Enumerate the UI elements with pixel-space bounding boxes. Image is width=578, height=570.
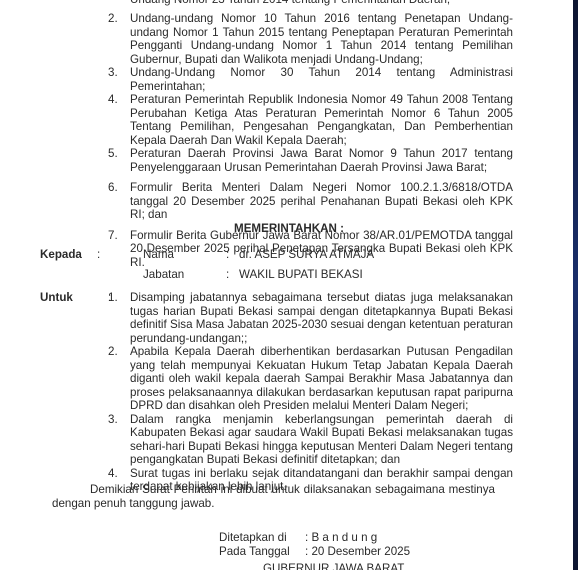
list-item: 4.Peraturan Pemerintah Republik Indonesi… (108, 93, 513, 147)
kepada-label: Kepada (40, 248, 82, 261)
place-value: : B a n d u n g (305, 531, 377, 544)
item-text: Peraturan Pemerintah Republik Indonesia … (130, 93, 513, 147)
order-heading: MEMERINTAHKAN : (0, 222, 578, 235)
untuk-list: 1.Disamping jabatannya sebagaimana terse… (108, 291, 513, 494)
item-text: Apabila Kepala Daerah diberhentikan berd… (130, 345, 513, 412)
item-number: 3. (108, 66, 118, 80)
item-text: Formulir Berita Menteri Dalam Negeri Nom… (130, 181, 513, 221)
closing-paragraph: Demikian Surat Perintah ini dibuat untuk… (52, 483, 495, 511)
list-item: 3.Undang-Undang Nomor 30 Tahun 2014 tent… (108, 66, 513, 93)
item-number: 4. (108, 93, 118, 107)
date-value: : 20 Desember 2025 (305, 545, 410, 558)
list-item: 6.Formulir Berita Menteri Dalam Negeri N… (108, 181, 513, 222)
list-item: 3.Dalam rangka menjamin keberlangsungan … (108, 413, 513, 467)
item-text: Disamping jabatannya sebagaimana tersebu… (130, 291, 513, 345)
item-number: 3. (108, 413, 118, 427)
window-edge (573, 0, 578, 570)
item-number: 1. (108, 291, 118, 305)
list-item: 2.Apabila Kepala Daerah diberhentikan be… (108, 345, 513, 413)
date-label: Pada Tanggal (219, 545, 290, 558)
nama-label: Nama (143, 248, 174, 261)
item-number: 2. (108, 345, 118, 359)
partial-consideration-line: Undang Nomor 23 Tahun 2014 tentang Pemer… (130, 0, 450, 7)
item-text: Peraturan Daerah Provinsi Jawa Barat Nom… (130, 147, 513, 174)
list-item: 2.Undang-undang Nomor 10 Tahun 2016 tent… (108, 12, 513, 66)
list-item: 1.Disamping jabatannya sebagaimana terse… (108, 291, 513, 345)
nama-value: dr. ASEP SURYA ATMAJA (239, 248, 374, 261)
jabatan-label: Jabatan (143, 268, 184, 281)
item-number: 4. (108, 467, 118, 481)
item-text: Dalam rangka menjamin keberlangsungan pe… (130, 413, 513, 467)
signatory-title: GUBERNUR JAWA BARAT (263, 562, 404, 570)
item-text: Undang-undang Nomor 10 Tahun 2016 tentan… (130, 12, 513, 66)
untuk-label: Untuk (40, 291, 73, 304)
list-item: 5.Peraturan Daerah Provinsi Jawa Barat N… (108, 147, 513, 174)
kepada-colon: : (97, 248, 100, 261)
item-text: Undang-Undang Nomor 30 Tahun 2014 tentan… (130, 66, 513, 93)
nama-colon: : (226, 248, 229, 261)
item-number: 5. (108, 147, 118, 161)
item-number: 6. (108, 181, 118, 195)
jabatan-value: WAKIL BUPATI BEKASI (239, 268, 363, 281)
jabatan-colon: : (226, 268, 229, 281)
item-number: 2. (108, 12, 118, 26)
place-label: Ditetapkan di (219, 531, 287, 544)
